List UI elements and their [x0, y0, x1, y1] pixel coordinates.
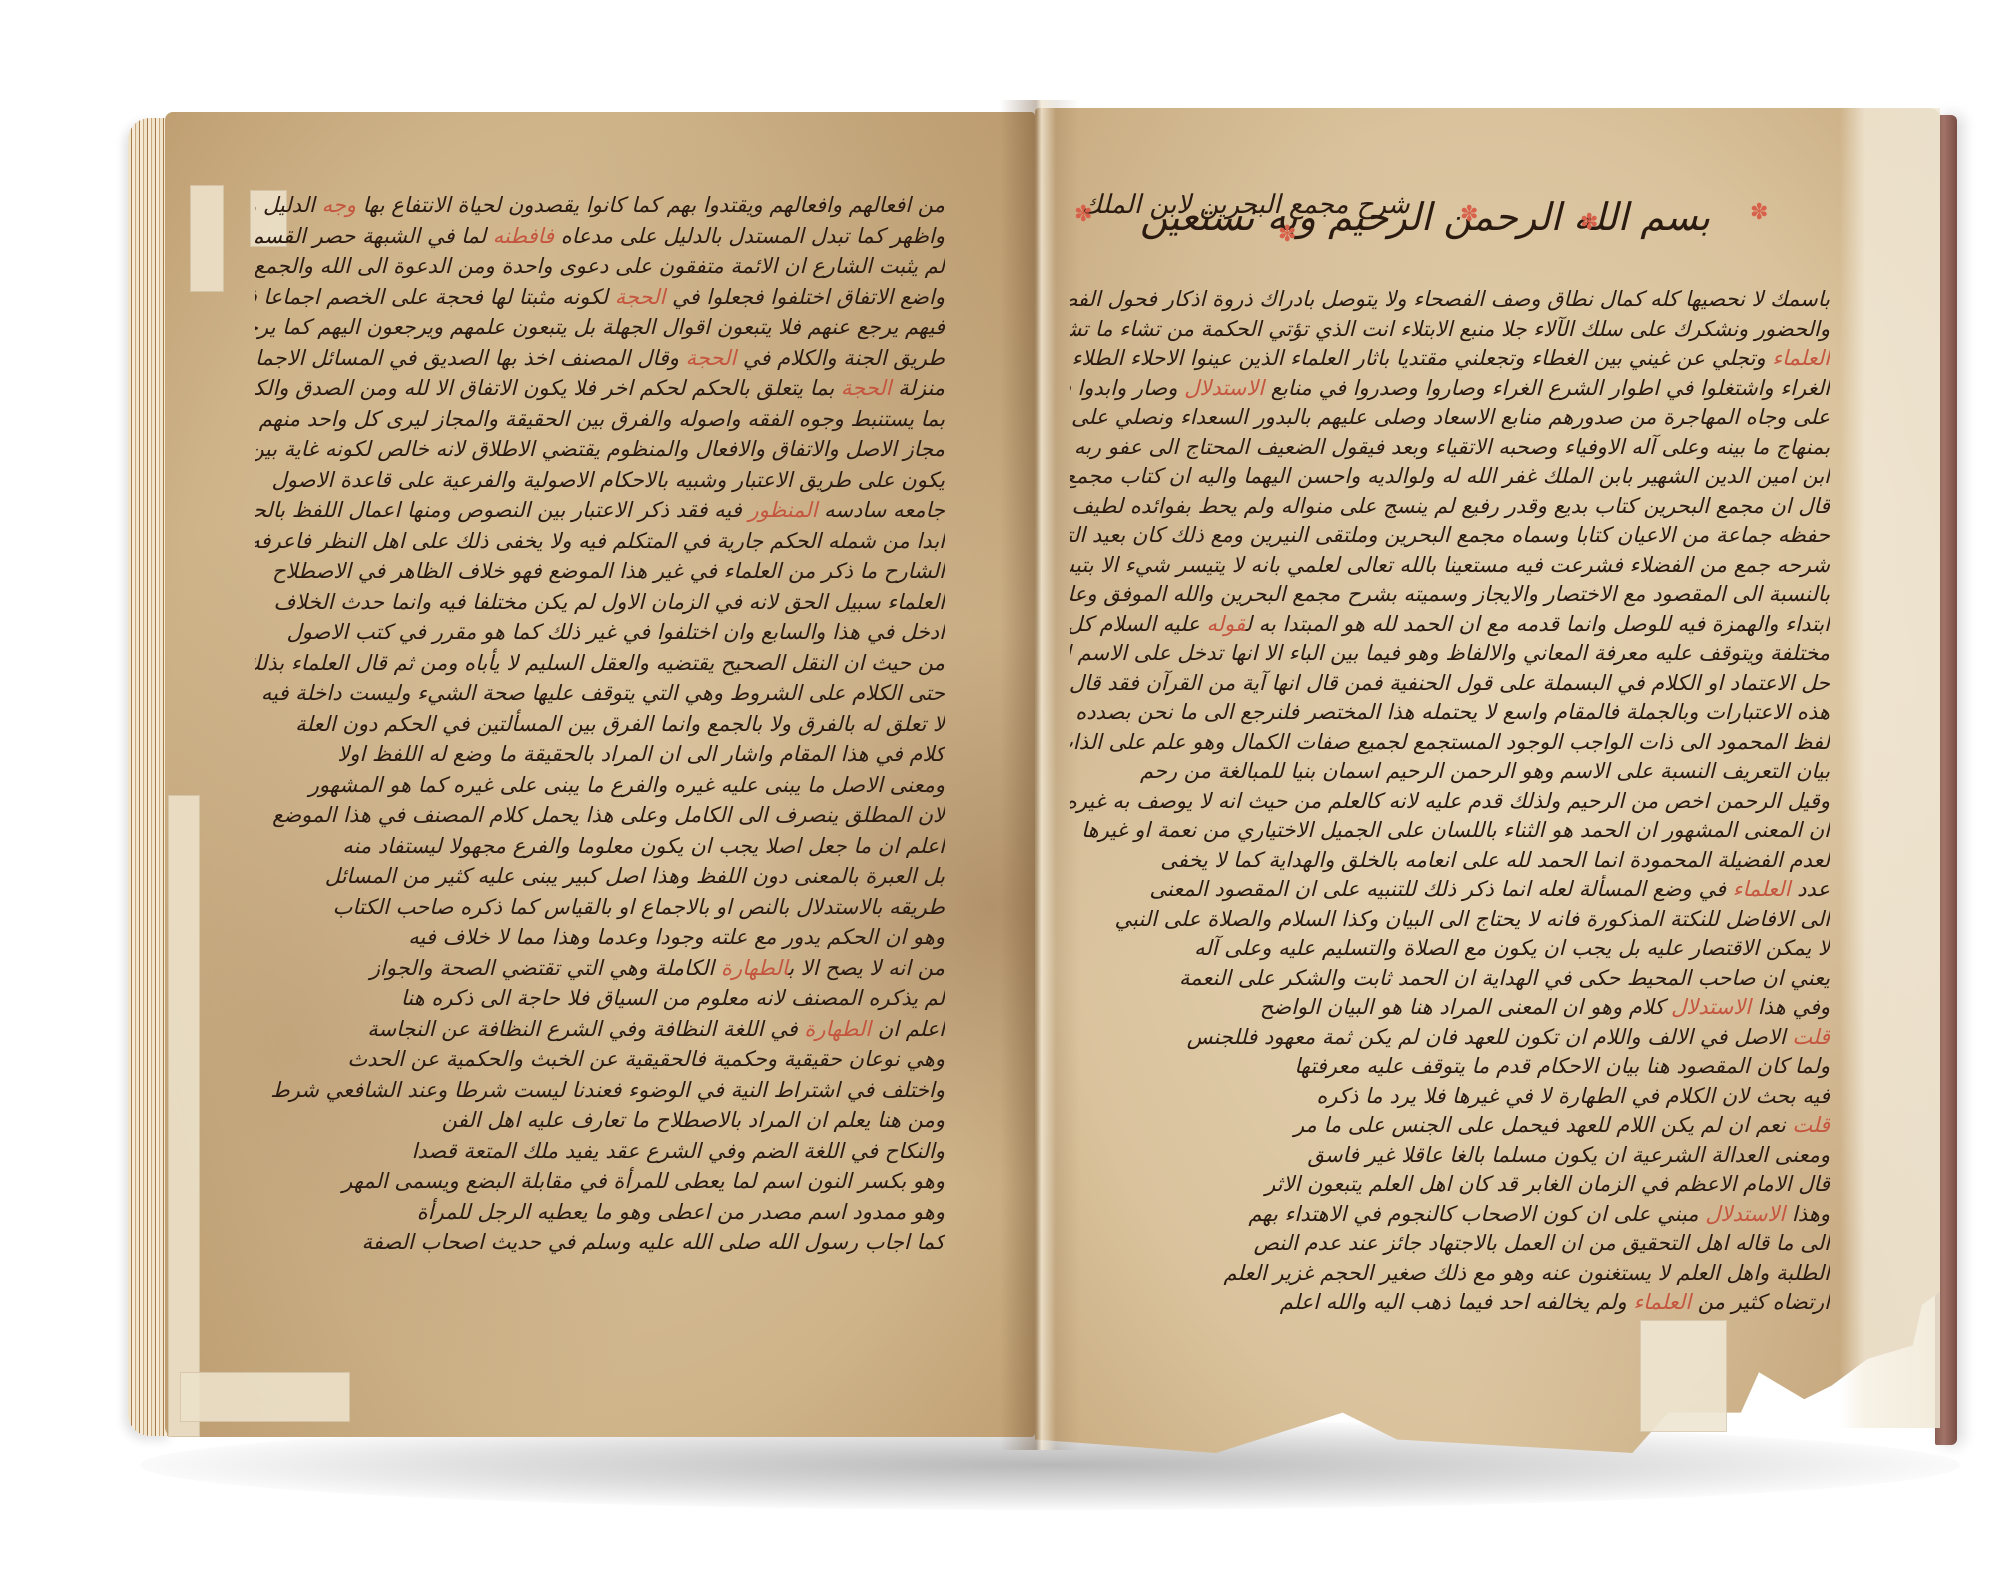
rubric-word: الاستدلال — [1184, 376, 1264, 400]
manuscript-line: الى الافاضل للنكتة المذكورة فانه لا يحتا… — [1070, 905, 1830, 935]
rubric-word: العلماء — [1633, 1290, 1691, 1314]
manuscript-line: مختلفة ويتوقف عليه معرفة المعاني والالفا… — [1070, 639, 1830, 669]
manuscript-line: من حيث ان النقل الصحيح يقتضيه والعقل الس… — [255, 648, 945, 679]
manuscript-line: كلام في هذا المقام واشار الى ان المراد ب… — [255, 739, 945, 770]
rubric-word: الحجة — [615, 285, 666, 309]
manuscript-line: اعلم ان الطهارة في اللغة النظافة وفي الش… — [255, 1014, 945, 1045]
paper-repair-patch — [1640, 1320, 1727, 1432]
manuscript-line: حفظه جماعة من الاعيان كتابا وسماه مجمع ا… — [1070, 521, 1830, 551]
rubric-word: قوله — [1206, 612, 1245, 636]
manuscript-line: وهذا الاستدلال مبني على ان كون الاصحاب ك… — [1070, 1200, 1830, 1230]
manuscript-line: ارتضاه كثير من العلماء ولم يخالفه احد في… — [1070, 1288, 1830, 1318]
manuscript-line: العلماء سبيل الحق لانه في الزمان الاول ل… — [255, 587, 945, 618]
right-page-text: باسمك لا نحصيها كله كمال نطاق وصف الفصحا… — [1070, 285, 1830, 1318]
rubric-word: المنظور — [748, 498, 817, 522]
manuscript-line: بالنسبة الى المقصود مع الاختصار والايجاز… — [1070, 580, 1830, 610]
manuscript-line: واظهر كما تبدل المستدل بالدليل على مدعاه… — [255, 221, 945, 252]
rubric-word: قلت — [1792, 1113, 1830, 1137]
manuscript-line: وهي نوعان حقيقية وحكمية فالحقيقية عن الخ… — [255, 1044, 945, 1075]
manuscript-line: يكون على طريق الاعتبار وشبيه بالاحكام ال… — [255, 465, 945, 496]
manuscript-line: لان المطلق ينصرف الى الكامل وعلى هذا يحم… — [255, 800, 945, 831]
manuscript-line: طريق الجنة والكلام في الحجة وقال المصنف … — [255, 343, 945, 374]
rubric-word: العلماء — [1772, 346, 1830, 370]
manuscript-line: حتى الكلام على الشروط وهي التي يتوقف علي… — [255, 678, 945, 709]
manuscript-line: لا تعلق له بالفرق ولا بالجمع وانما الفرق… — [255, 709, 945, 740]
manuscript-line: ابن امين الدين الشهير بابن الملك غفر الل… — [1070, 462, 1830, 492]
manuscript-line: والحضور ونشكرك على سلك الآلاء جلا منبع ا… — [1070, 315, 1830, 345]
manuscript-line: طريقه بالاستدلال بالنص او بالاجماع او با… — [255, 892, 945, 923]
manuscript-line: ان المعنى المشهور ان الحمد هو الثناء بال… — [1070, 816, 1830, 846]
paper-repair-patch — [190, 185, 224, 292]
manuscript-line: وقيل الرحمن اخص من الرحيم ولذلك قدم عليه… — [1070, 787, 1830, 817]
manuscript-line: كما اجاب رسول الله صلى الله عليه وسلم في… — [255, 1227, 945, 1258]
paper-repair-strip — [168, 795, 200, 1437]
manuscript-line: ومعنى الاصل ما يبنى عليه غيره والفرع ما … — [255, 770, 945, 801]
manuscript-line: شرحه جمع من الفضلاء فشرعت فيه مستعينا با… — [1070, 551, 1830, 581]
rubric-word: العلماء — [1733, 877, 1791, 901]
manuscript-line: الطلبة واهل العلم لا يستغنون عنه وهو مع … — [1070, 1259, 1830, 1289]
manuscript-line: يعني ان صاحب المحيط حكى في الهداية ان ال… — [1070, 964, 1830, 994]
manuscript-line: بما يستنبط وجوه الفقه واصوله والفرق بين … — [255, 404, 945, 435]
manuscript-line: هذه الاعتبارات وبالجملة فالمقام واسع لا … — [1070, 698, 1830, 728]
red-ornament-icon: ✽ — [1074, 202, 1092, 227]
rubric-word: الاستدلال — [1671, 995, 1751, 1019]
manuscript-line: لعدم الفضيلة المحمودة انما الحمد لله على… — [1070, 846, 1830, 876]
manuscript-line: الى ما قاله اهل التحقيق من ان العمل بالا… — [1070, 1229, 1830, 1259]
manuscript-line: وفي هذا الاستدلال كلام وهو ان المعنى الم… — [1070, 993, 1830, 1023]
manuscript-line: فيهم يرجع عنهم فلا يتبعون اقوال الجهلة ب… — [255, 312, 945, 343]
rubric-word: وجه — [322, 193, 356, 217]
paper-repair-strip — [180, 1372, 350, 1422]
book-gutter — [1000, 100, 1080, 1450]
manuscript-line: ابتداء والهمزة فيه للوصل وانما قدمه مع ا… — [1070, 610, 1830, 640]
right-page-margin — [1840, 108, 1940, 1428]
rubric-word: الحجة — [686, 346, 737, 370]
manuscript-line: الشارح ما ذكر من العلماء في غير هذا المو… — [255, 556, 945, 587]
manuscript-line: بيان التعريف النسبة على الاسم وهو الرحمن… — [1070, 757, 1830, 787]
manuscript-line: الغراء واشتغلوا في اطوار الشرع الغراء وص… — [1070, 374, 1830, 404]
manuscript-line: باسمك لا نحصيها كله كمال نطاق وصف الفصحا… — [1070, 285, 1830, 315]
manuscript-line: قلت نعم ان لم يكن اللام للعهد فيحمل على … — [1070, 1111, 1830, 1141]
red-ornament-icon: ✽ — [1278, 222, 1296, 247]
manuscript-line: مجاز الاصل والاتفاق والافعال والمنظوم يق… — [255, 434, 945, 465]
manuscript-line: عدد العلماء في وضع المسألة لعله انما ذكر… — [1070, 875, 1830, 905]
manuscript-line: على وجاه المهاجرة من صدورهم منابع الاسعا… — [1070, 403, 1830, 433]
work-title: شرح مجمع البحرين لابن الملك — [1080, 190, 1410, 220]
manuscript-photo: بسم الله الرحمن الرحيم وبه نستعين شرح مج… — [0, 0, 2000, 1570]
manuscript-line: بمنهاج ما بينه وعلى آله الاوفياء وصحبه ا… — [1070, 433, 1830, 463]
manuscript-line: والنكاح في اللغة الضم وفي الشرع عقد يفيد… — [255, 1136, 945, 1167]
manuscript-line: من انه لا يصح الا بالطهارة الكاملة وهي ا… — [255, 953, 945, 984]
manuscript-line: قلت الاصل في الالف واللام ان تكون للعهد … — [1070, 1023, 1830, 1053]
rubric-word: قلت — [1792, 1025, 1830, 1049]
rubric-word: الطهارة — [804, 1017, 871, 1041]
manuscript-line: منزلة الحجة بما يتعلق بالحكم لحكم اخر فل… — [255, 373, 945, 404]
manuscript-line: اعلم ان ما جعل اصلا يجب ان يكون معلوما و… — [255, 831, 945, 862]
manuscript-line: واختلف في اشتراط النية في الوضوء فعندنا … — [255, 1075, 945, 1106]
manuscript-line: قال ان مجمع البحرين كتاب بديع وقدر رفيع … — [1070, 492, 1830, 522]
manuscript-line: ولما كان المقصود هنا بيان الاحكام قدم ما… — [1070, 1052, 1830, 1082]
manuscript-line: من افعالهم وافعالهم ويقتدوا بهم كما كانو… — [255, 190, 945, 221]
manuscript-line: لم يذكره المصنف لانه معلوم من السياق فلا… — [255, 983, 945, 1014]
rubric-word: فافطنه — [493, 224, 554, 248]
manuscript-line: فيه بحث لان الكلام في الطهارة لا في غيره… — [1070, 1082, 1830, 1112]
right-page-heading: بسم الله الرحمن الرحيم وبه نستعين شرح مج… — [1080, 195, 1770, 239]
manuscript-line: حل الاعتماد او الكلام في البسملة على قول… — [1070, 669, 1830, 699]
manuscript-line: جامعه سادسه المنظور فيه فقد ذكر الاعتبار… — [255, 495, 945, 526]
red-ornament-icon: ✽ — [1750, 200, 1768, 225]
manuscript-line: ومن هنا يعلم ان المراد بالاصطلاح ما تعار… — [255, 1105, 945, 1136]
manuscript-line: لفظ المحمود الى ذات الواجب الوجود المستج… — [1070, 728, 1830, 758]
rubric-word: الاستدلال — [1705, 1202, 1785, 1226]
manuscript-line: لا يمكن الاقتصار عليه بل يجب ان يكون مع … — [1070, 934, 1830, 964]
left-page-text: من افعالهم وافعالهم ويقتدوا بهم كما كانو… — [255, 190, 945, 1258]
rubric-word: الحجة — [841, 376, 892, 400]
manuscript-line: قال الامام الاعظم في الزمان الغابر قد كا… — [1070, 1170, 1830, 1200]
red-ornament-icon: ✽ — [1460, 202, 1478, 227]
manuscript-line: ادخل في هذا والسابع وان اختلفوا في غير ذ… — [255, 617, 945, 648]
manuscript-line: وهو ممدود اسم مصدر من اعطى وهو ما يعطيه … — [255, 1197, 945, 1228]
manuscript-line: العلماء وتجلي عن غيني بين الغطاء وتجعلني… — [1070, 344, 1830, 374]
manuscript-line: لم يثبت الشارع ان الائمة متفقون على دعوى… — [255, 251, 945, 282]
red-ornament-icon: ✽ — [1580, 210, 1598, 235]
manuscript-line: وهو ان الحكم يدور مع علته وجودا وعدما وه… — [255, 922, 945, 953]
manuscript-line: بل العبرة بالمعنى دون اللفظ وهذا اصل كبي… — [255, 861, 945, 892]
manuscript-line: ابدا من شمله الحكم جارية في المتكلم فيه … — [255, 526, 945, 557]
rubric-word: الطهارة — [721, 956, 788, 980]
manuscript-line: واضع الاتفاق اختلفوا فجعلوا في الحجة لكو… — [255, 282, 945, 313]
manuscript-line: ومعنى العدالة الشرعية ان يكون مسلما بالغ… — [1070, 1141, 1830, 1171]
manuscript-line: وهو بكسر النون اسم لما يعطى للمرأة في مق… — [255, 1166, 945, 1197]
